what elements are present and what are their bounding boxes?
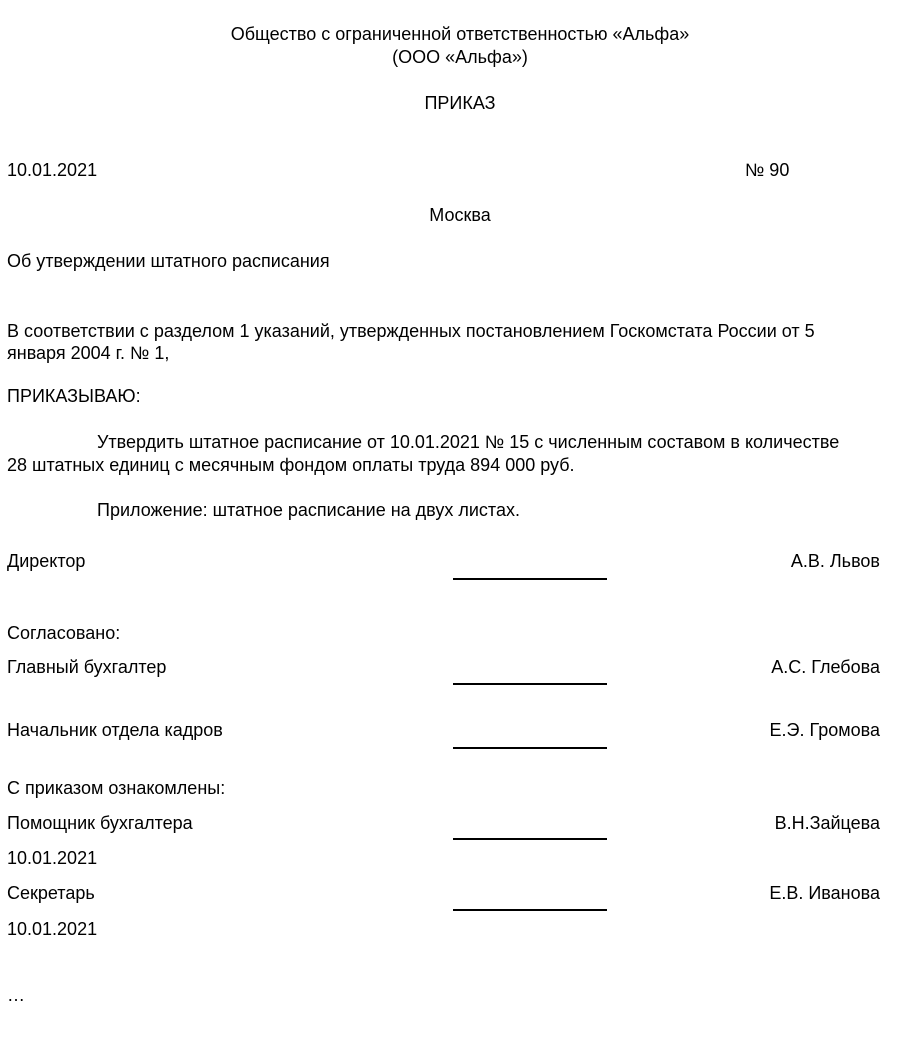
agreed-label: Согласовано: <box>7 622 120 644</box>
signature-line <box>453 578 607 580</box>
preamble-line-2: января 2004 г. № 1, <box>7 342 169 364</box>
organization-full-name: Общество с ограниченной ответственностью… <box>0 23 920 45</box>
continuation-ellipsis: … <box>7 984 25 1006</box>
order-item-line-1: Утвердить штатное расписание от 10.01.20… <box>97 431 839 453</box>
order-city: Москва <box>0 204 920 226</box>
order-word: ПРИКАЗЫВАЮ: <box>7 385 141 407</box>
signer-role: Секретарь <box>7 882 95 904</box>
order-number: № 90 <box>745 159 789 181</box>
signature-line <box>453 747 607 749</box>
signer-name: Е.Э. Громова <box>770 719 880 741</box>
order-item-line-2: 28 штатных единиц с месячным фондом опла… <box>7 454 575 476</box>
signer-role: Главный бухгалтер <box>7 656 166 678</box>
acquainted-label: С приказом ознакомлены: <box>7 777 225 799</box>
signature-line <box>453 838 607 840</box>
acquaintance-date: 10.01.2021 <box>7 918 97 940</box>
signer-name: А.С. Глебова <box>771 656 880 678</box>
signer-role: Помощник бухгалтера <box>7 812 193 834</box>
signature-line <box>453 909 607 911</box>
signer-role: Начальник отдела кадров <box>7 719 223 741</box>
signer-name: А.В. Львов <box>791 550 880 572</box>
document-type-title: ПРИКАЗ <box>0 92 920 114</box>
organization-short-name: (ООО «Альфа») <box>0 46 920 68</box>
signature-line <box>453 683 607 685</box>
order-date: 10.01.2021 <box>7 159 97 181</box>
attachment-note: Приложение: штатное расписание на двух л… <box>97 499 520 521</box>
signer-name: В.Н.Зайцева <box>775 812 880 834</box>
signer-name: Е.В. Иванова <box>769 882 880 904</box>
acquaintance-date: 10.01.2021 <box>7 847 97 869</box>
preamble-line-1: В соответствии с разделом 1 указаний, ут… <box>7 320 815 342</box>
order-subject: Об утверждении штатного расписания <box>7 250 330 272</box>
signer-role: Директор <box>7 550 85 572</box>
